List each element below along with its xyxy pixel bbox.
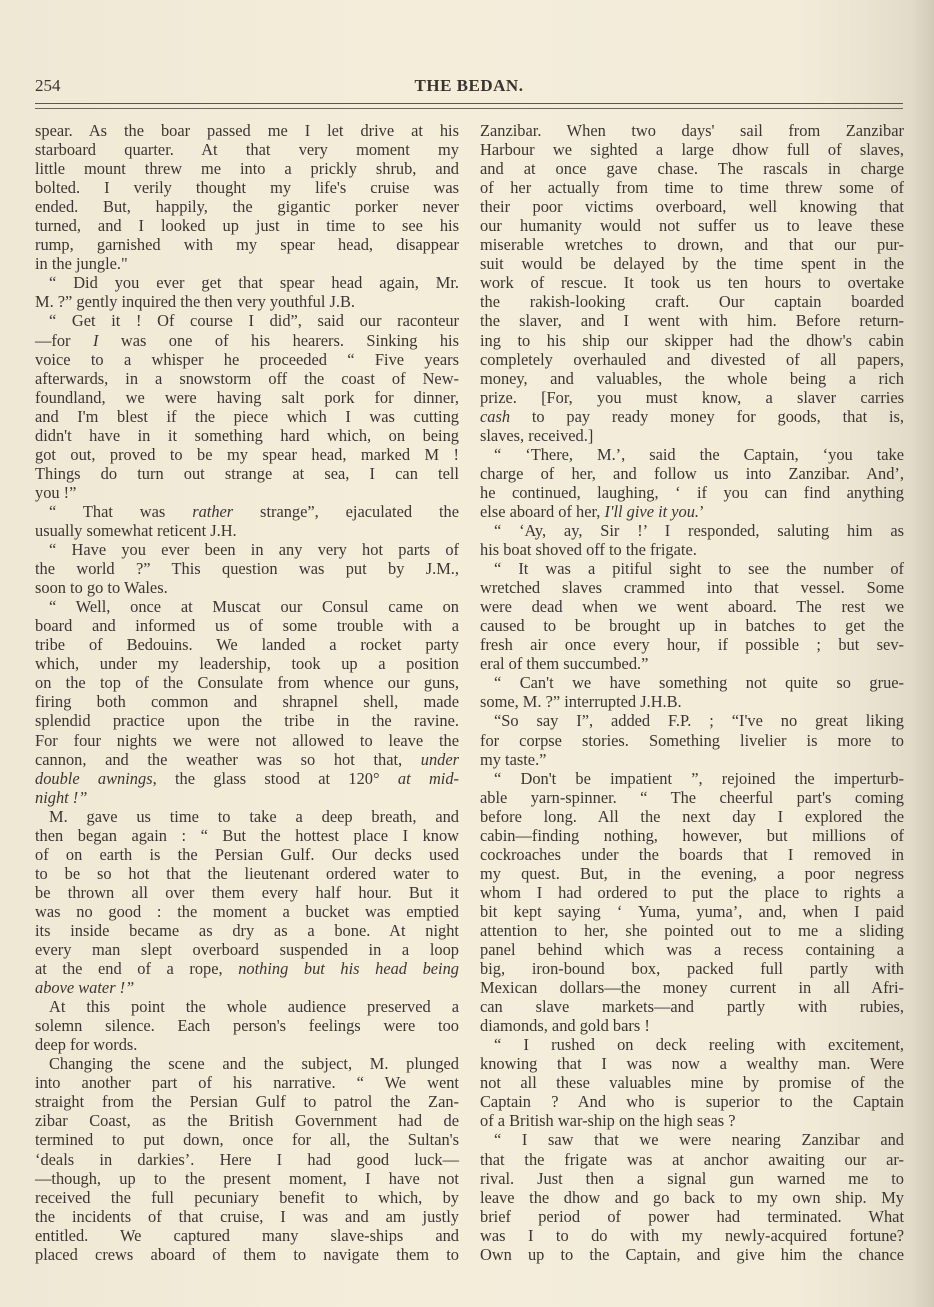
text-line: starboard quarter. At that very moment m… (35, 140, 459, 159)
text-line: For four nights we were not allowed to l… (35, 731, 459, 750)
text-line: our humanity would not suffer us to leav… (480, 216, 904, 235)
text-line: “ I saw that we were nearing Zanzibar an… (480, 1130, 904, 1149)
text-line: “ I rushed on deck reeling with exciteme… (480, 1035, 904, 1054)
text-line: which, under my leadership, took up a po… (35, 654, 459, 673)
text-line: rump, garnished with my spear head, disa… (35, 235, 459, 254)
text-line: to be so hot that the lieutenant ordered… (35, 864, 459, 883)
text-line: the slaver, and I went with him. Before … (480, 311, 904, 330)
text-line: soon to go to Wales. (35, 578, 459, 597)
text-line: Captain ? And who is superior to the Cap… (480, 1092, 904, 1111)
text-line: of a British war-ship on the high seas ? (480, 1111, 904, 1130)
text-line: At this point the whole audience preserv… (35, 997, 459, 1016)
text-line: cockroaches under the boards that I remo… (480, 845, 904, 864)
text-line: else aboard of her, I'll give it you.’ (480, 502, 904, 521)
text-line: Changing the scene and the subject, M. p… (35, 1054, 459, 1073)
text-line: voice to a whisper he proceeded “ Five y… (35, 350, 459, 369)
text-line: his boat shoved off to the frigate. (480, 540, 904, 559)
text-line: Zanzibar. When two days' sail from Zanzi… (480, 121, 904, 140)
text-line: bit kept saying ‘ Yuma, yuma’, and, when… (480, 902, 904, 921)
text-line: straight from the Persian Gulf to patrol… (35, 1092, 459, 1111)
text-line: received the full pecuniary benefit to w… (35, 1188, 459, 1207)
text-line: night !” (35, 788, 459, 807)
text-line: before long. All the next day I explored… (480, 807, 904, 826)
text-line: M. ?” gently inquired the then very yout… (35, 292, 459, 311)
text-line: cash to pay ready money for goods, that … (480, 407, 904, 426)
text-line: “ ‘There, M.’, said the Captain, ‘you ta… (480, 445, 904, 464)
text-line: then began again : “ But the hottest pla… (35, 826, 459, 845)
text-line: “ Well, once at Muscat our Consul came o… (35, 597, 459, 616)
text-line: diamonds, and gold bars ! (480, 1016, 904, 1035)
text-line: turned, and I looked up just in time to … (35, 216, 459, 235)
text-line: little mount threw me into a prickly shr… (35, 159, 459, 178)
text-line: for corpse stories. Something livelier i… (480, 731, 904, 750)
text-line: can slave markets—and partly with rubies… (480, 997, 904, 1016)
text-line: —for I was one of his hearers. Sinking h… (35, 331, 459, 350)
text-line: placed crews aboard of them to navigate … (35, 1245, 459, 1264)
magazine-page: 254 THE BEDAN. spear. As the boar passed… (0, 0, 934, 1307)
text-line: Mexican dollars—the money current in all… (480, 978, 904, 997)
text-line: spear. As the boar passed me I let drive… (35, 121, 459, 140)
text-line: —though, up to the present moment, I hav… (35, 1169, 459, 1188)
text-line: and I'm blest if the piece which I was c… (35, 407, 459, 426)
text-line: slaves, received.] (480, 426, 904, 445)
text-line: bolted. I verily thought my life's cruis… (35, 178, 459, 197)
text-line: that the frigate was at anchor awaiting … (480, 1150, 904, 1169)
left-column: spear. As the boar passed me I let drive… (35, 121, 459, 1264)
text-line: charge of her, and follow us into Zanzib… (480, 464, 904, 483)
text-line: work of rescue. It took us ten hours to … (480, 273, 904, 292)
text-line: termined to put down, once for all, the … (35, 1130, 459, 1149)
text-line: whom I had ordered to put the place to r… (480, 883, 904, 902)
text-line: “ Get it ! Of course I did”, said our ra… (35, 311, 459, 330)
text-line: at the end of a rope, nothing but his he… (35, 959, 459, 978)
text-line: caused to be brought up in batches to ge… (480, 616, 904, 635)
text-line: was no good : the moment a bucket was em… (35, 902, 459, 921)
text-line: my quest. But, in the evening, a poor ne… (480, 864, 904, 883)
text-line: foundland, we were having salt pork for … (35, 388, 459, 407)
text-line: “ Can't we have something not quite so g… (480, 673, 904, 692)
text-line: knowing that I was now a wealthy man. We… (480, 1054, 904, 1073)
text-line: in the jungle." (35, 254, 459, 273)
text-line: of on earth is the Persian Gulf. Our dec… (35, 845, 459, 864)
text-line: M. gave us time to take a deep breath, a… (35, 807, 459, 826)
text-line: money, and valuables, the whole being a … (480, 369, 904, 388)
running-title: THE BEDAN. (35, 76, 903, 96)
text-line: Harbour we sighted a large dhow full of … (480, 140, 904, 159)
text-line: were dead when we went aboard. The rest … (480, 597, 904, 616)
text-line: “ Don't be impatient ”, rejoined the imp… (480, 769, 904, 788)
text-line: didn't have in it something hard which, … (35, 426, 459, 445)
text-line: not all these valuables mine by promise … (480, 1073, 904, 1092)
text-line: firing both common and shrapnel shell, m… (35, 692, 459, 711)
text-line: Things do turn out strange at sea, I can… (35, 464, 459, 483)
text-line: eral of them succumbed.” (480, 654, 904, 673)
text-line: “ That was rather strange”, ejaculated t… (35, 502, 459, 521)
page-header: 254 THE BEDAN. (35, 76, 903, 100)
text-line: the incidents of that cruise, I was and … (35, 1207, 459, 1226)
text-line: on the top of the Consulate from whence … (35, 673, 459, 692)
text-line: prize. [For, you must know, a slaver car… (480, 388, 904, 407)
text-line: he continued, laughing, ‘ if you can fin… (480, 483, 904, 502)
text-line: you !” (35, 483, 459, 502)
text-line: “So say I”, added F.P. ; “I've no great … (480, 711, 904, 730)
text-line: above water !” (35, 978, 459, 997)
text-line: and at once gave chase. The rascals in c… (480, 159, 904, 178)
binding-shadow (912, 0, 934, 1307)
right-column: Zanzibar. When two days' sail from Zanzi… (480, 121, 904, 1264)
text-line: the world ?” This question was put by J.… (35, 559, 459, 578)
text-line: cabin—finding nothing, however, but mill… (480, 826, 904, 845)
text-line: afterwards, in a snowstorm off the coast… (35, 369, 459, 388)
text-line: tribe of Bedouins. We landed a rocket pa… (35, 635, 459, 654)
text-line: was I to do with my newly-acquired fortu… (480, 1226, 904, 1245)
text-line: able yarn-spinner. “ The cheerful part's… (480, 788, 904, 807)
text-line: of her actually from time to time threw … (480, 178, 904, 197)
text-line: some, M. ?” interrupted J.H.B. (480, 692, 904, 711)
text-line: ended. But, happily, the gigantic porker… (35, 197, 459, 216)
text-line: be thrown all over them every half hour.… (35, 883, 459, 902)
text-line: its inside became as dry as a bone. At n… (35, 921, 459, 940)
text-line: fresh air once every hour, if possible ;… (480, 635, 904, 654)
text-line: splendid practice upon the tribe in the … (35, 711, 459, 730)
text-line: rival. Just then a signal gun warned me … (480, 1169, 904, 1188)
text-line: suit would be delayed by the time spent … (480, 254, 904, 273)
text-line: cannon, and the weather was so hot that,… (35, 750, 459, 769)
text-line: got out, proved to be my spear head, mar… (35, 445, 459, 464)
text-line: their poor victims overboard, well knowi… (480, 197, 904, 216)
text-line: completely overhauled and divested of al… (480, 350, 904, 369)
text-line: miserable wretches to drown, and that ou… (480, 235, 904, 254)
text-line: solemn silence. Each person's feelings w… (35, 1016, 459, 1035)
text-line: the rakish-looking craft. Our captain bo… (480, 292, 904, 311)
text-line: “ Have you ever been in any very hot par… (35, 540, 459, 559)
text-line: zibar Coast, as the British Government h… (35, 1111, 459, 1130)
text-line: big, iron-bound box, packed full partly … (480, 959, 904, 978)
text-line: attention to her, she pointed out to me … (480, 921, 904, 940)
text-line: ing to his ship our skipper had the dhow… (480, 331, 904, 350)
text-line: double awnings, the glass stood at 120° … (35, 769, 459, 788)
text-line: into another part of his narrative. “ We… (35, 1073, 459, 1092)
text-line: leave the dhow and go back to my own shi… (480, 1188, 904, 1207)
text-line: Own up to the Captain, and give him the … (480, 1245, 904, 1264)
text-line: panel behind which was a recess containi… (480, 940, 904, 959)
text-line: “ Did you ever get that spear head again… (35, 273, 459, 292)
text-line: ‘deals in darkies’. Here I had good luck… (35, 1150, 459, 1169)
text-line: “ ‘Ay, ay, Sir !’ I responded, saluting … (480, 521, 904, 540)
text-line: my taste.” (480, 750, 904, 769)
text-line: board and informed us of some trouble wi… (35, 616, 459, 635)
text-line: “ It was a pitiful sight to see the numb… (480, 559, 904, 578)
text-line: entitled. We captured many slave-ships a… (35, 1226, 459, 1245)
text-line: usually somewhat reticent J.H. (35, 521, 459, 540)
text-line: brief period of power had terminated. Wh… (480, 1207, 904, 1226)
header-double-rule (35, 103, 903, 109)
text-line: deep for words. (35, 1035, 459, 1054)
text-line: wretched slaves crammed into that vessel… (480, 578, 904, 597)
text-line: every man slept overboard suspended in a… (35, 940, 459, 959)
